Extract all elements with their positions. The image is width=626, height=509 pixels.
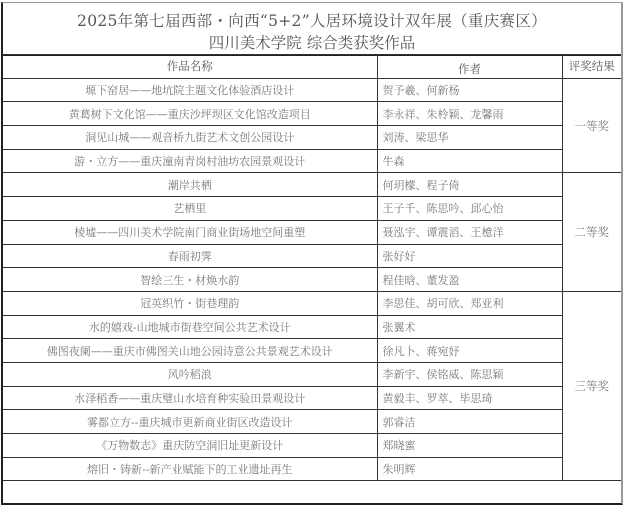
work-author: 徐凡卜、蒋宛妤 <box>377 339 562 363</box>
work-name: 黄葛树下文化馆——重庆沙坪坝区文化馆改造项目 <box>3 102 377 126</box>
work-author: 李永祥、朱柃颖、龙馨雨 <box>377 102 562 126</box>
work-author: 贺予羲、何新杨 <box>377 78 562 102</box>
table-row: 艺栖里 王子千、陈思吟、邱心怡 <box>3 197 621 221</box>
work-author: 牛森 <box>377 149 562 173</box>
table-row: 冠英织竹・街巷理韵 李思佳、胡可欣、郑亚利 三等奖 <box>3 291 621 315</box>
table-row: 风吟稻浪 李新宇、侯铭威、陈思颖 <box>3 362 621 386</box>
work-name: 棱墟——四川美术学院南门商业街场地空间重塑 <box>3 220 377 244</box>
table-row: 洞见山城——观音桥九街艺术文创公园设计 刘涛、梁思华 <box>3 126 621 150</box>
work-name: 塬下窑居——地坑院主题文化体验酒店设计 <box>3 78 377 102</box>
title-line-1: 2025年第七届西部・向西“5+2”人居环境设计双年展（重庆赛区） <box>3 9 621 31</box>
work-name: 游・立方——重庆潼南青岗村油坊农园景观设计 <box>3 149 377 173</box>
work-name: 水泽稻香——重庆璧山水培育种实验田景观设计 <box>3 386 377 410</box>
work-author: 黄毅丰、罗萃、毕思琦 <box>377 386 562 410</box>
table-row: 雾都立方--重庆城市更新商业街区改造设计 郭睿洁 <box>3 410 621 434</box>
work-name: 熔旧・铸新--新产业赋能下的工业遗址再生 <box>3 457 377 481</box>
work-name: 冠英织竹・街巷理韵 <box>3 291 377 315</box>
table-row: 潮岸共栖 何玥檬、程子倚 二等奖 <box>3 173 621 197</box>
table-row: 棱墟——四川美术学院南门商业街场地空间重塑 聂泓宇、谭震滔、王檍洋 <box>3 220 621 244</box>
table-row: 《万物数志》重庆防空洞旧址更新设计 郑晓蜜 <box>3 434 621 458</box>
table-row: 黄葛树下文化馆——重庆沙坪坝区文化馆改造项目 李永祥、朱柃颖、龙馨雨 <box>3 102 621 126</box>
work-name: 洞见山城——观音桥九街艺术文创公园设计 <box>3 126 377 150</box>
table-row: 智绘三生・材焕水韵 程佳晗、董发盈 <box>3 268 621 292</box>
work-name: 《万物数志》重庆防空洞旧址更新设计 <box>3 434 377 458</box>
table-row: 水的嬉戏-山地城市街巷空间公共艺术设计 张翼术 <box>3 315 621 339</box>
header-row: 作品名称 作者 评奖结果 <box>3 55 621 79</box>
table-row: 佛图夜阑——重庆市佛图关山地公园诗意公共景观艺术设计 徐凡卜、蒋宛妤 <box>3 339 621 363</box>
work-name: 智绘三生・材焕水韵 <box>3 268 377 292</box>
work-name: 佛图夜阑——重庆市佛图关山地公园诗意公共景观艺术设计 <box>3 339 377 363</box>
header-award: 评奖结果 <box>562 55 621 79</box>
work-name: 风吟稻浪 <box>3 362 377 386</box>
work-name: 春雨初霁 <box>3 244 377 268</box>
work-author: 朱明辉 <box>377 457 562 481</box>
header-name: 作品名称 <box>3 55 377 79</box>
work-name: 艺栖里 <box>3 197 377 221</box>
work-name: 水的嬉戏-山地城市街巷空间公共艺术设计 <box>3 315 377 339</box>
work-author: 程佳晗、董发盈 <box>377 268 562 292</box>
table-row: 熔旧・铸新--新产业赋能下的工业遗址再生 朱明辉 <box>3 457 621 481</box>
work-name: 潮岸共栖 <box>3 173 377 197</box>
work-author: 刘涛、梁思华 <box>377 126 562 150</box>
work-author: 聂泓宇、谭震滔、王檍洋 <box>377 220 562 244</box>
work-author: 郭睿洁 <box>377 410 562 434</box>
table-row: 水泽稻香——重庆璧山水培育种实验田景观设计 黄毅丰、罗萃、毕思琦 <box>3 386 621 410</box>
award-cell: 一等奖 <box>562 78 621 173</box>
work-author: 张翼术 <box>377 315 562 339</box>
work-name: 雾都立方--重庆城市更新商业街区改造设计 <box>3 410 377 434</box>
award-cell: 三等奖 <box>562 291 621 481</box>
work-author: 李新宇、侯铭威、陈思颖 <box>377 362 562 386</box>
title-line-2: 四川美术学院 综合类获奖作品 <box>3 31 621 53</box>
award-cell: 二等奖 <box>562 173 621 291</box>
work-author: 郑晓蜜 <box>377 434 562 458</box>
work-author: 何玥檬、程子倚 <box>377 173 562 197</box>
work-author: 李思佳、胡可欣、郑亚利 <box>377 291 562 315</box>
header-author: 作者 <box>377 55 562 79</box>
table-row: 游・立方——重庆潼南青岗村油坊农园景观设计 牛森 <box>3 149 621 173</box>
work-author: 张好好 <box>377 244 562 268</box>
work-author: 王子千、陈思吟、邱心怡 <box>377 197 562 221</box>
sheet-title: 2025年第七届西部・向西“5+2”人居环境设计双年展（重庆赛区） 四川美术学院… <box>3 3 621 56</box>
awards-sheet: 2025年第七届西部・向西“5+2”人居环境设计双年展（重庆赛区） 四川美术学院… <box>1 2 623 505</box>
table-row: 春雨初霁 张好好 <box>3 244 621 268</box>
table-row: 塬下窑居——地坑院主题文化体验酒店设计 贺予羲、何新杨 一等奖 <box>3 78 621 102</box>
awards-table: 作品名称 作者 评奖结果 塬下窑居——地坑院主题文化体验酒店设计 贺予羲、何新杨… <box>3 54 621 481</box>
